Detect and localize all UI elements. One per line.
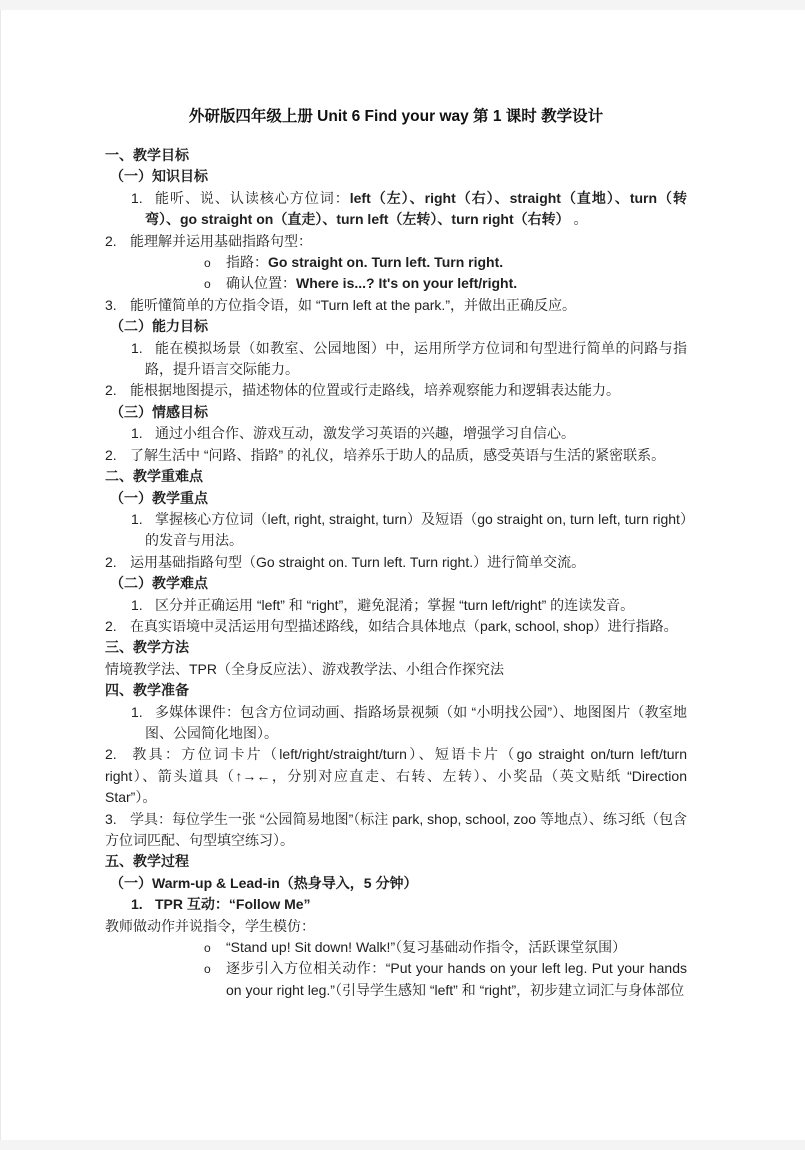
numbered-item: 1.能听、说、认读核心方位词：left（左）、right（右）、straight… bbox=[105, 188, 687, 231]
list-number: 1. bbox=[131, 595, 143, 616]
document-body: 一、教学目标（一）知识目标1.能听、说、认读核心方位词：left（左）、righ… bbox=[105, 145, 687, 1001]
text-run: 掌握核心方位词（left, right, straight, turn）及短语（… bbox=[145, 511, 687, 548]
text-run: （一）知识目标 bbox=[110, 168, 208, 184]
sub-heading: （一）知识目标 bbox=[105, 166, 687, 187]
text-run: 情境教学法、TPR（全身反应法）、游戏教学法、小组合作探究法 bbox=[105, 661, 504, 677]
text-run: 能理解并运用基础指路句型： bbox=[130, 233, 312, 249]
bullet-item: o“Stand up! Sit down! Walk!”（复习基础动作指令，活跃… bbox=[105, 937, 687, 958]
text-run: （一）Warm-up & Lead-in（热身导入，5 分钟） bbox=[110, 875, 418, 891]
text-run: 四、教学准备 bbox=[105, 682, 189, 698]
text-run: 学具：每位学生一张 “公园简易地图”（标注 park, shop, school… bbox=[105, 811, 687, 848]
numbered-paragraph: 2.运用基础指路句型（Go straight on. Turn left. Tu… bbox=[105, 552, 687, 573]
text-run: 在真实语境中灵活运用句型描述路线，如结合具体地点（park, school, s… bbox=[130, 618, 678, 634]
paragraph: 情境教学法、TPR（全身反应法）、游戏教学法、小组合作探究法 bbox=[105, 659, 687, 680]
document-title: 外研版四年级上册 Unit 6 Find your way 第 1 课时 教学设… bbox=[105, 105, 687, 129]
section-heading: 一、教学目标 bbox=[105, 145, 687, 166]
text-run: 教师做动作并说指令，学生模仿： bbox=[105, 918, 315, 934]
numbered-paragraph: 2.在真实语境中灵活运用句型描述路线，如结合具体地点（park, school,… bbox=[105, 616, 687, 637]
text-run: （二）教学难点 bbox=[110, 575, 208, 591]
sub-heading: （一）教学重点 bbox=[105, 488, 687, 509]
text-run: （二）能力目标 bbox=[110, 318, 208, 334]
text-run: 能听、说、认读核心方位词： bbox=[155, 190, 350, 206]
sub-heading: （三）情感目标 bbox=[105, 402, 687, 423]
list-number: 2. bbox=[105, 744, 130, 765]
text-run: Where is...? It's on your left/right. bbox=[296, 275, 517, 291]
text-run: 能根据地图提示，描述物体的位置或行走路线，培养观察能力和逻辑表达能力。 bbox=[130, 382, 620, 398]
bullet-item: o指路：Go straight on. Turn left. Turn righ… bbox=[105, 252, 687, 273]
text-run: 运用基础指路句型（Go straight on. Turn left. Turn… bbox=[130, 554, 585, 570]
numbered-paragraph: 3.能听懂简单的方位指令语，如 “Turn left at the park.”… bbox=[105, 295, 687, 316]
section-heading: 四、教学准备 bbox=[105, 680, 687, 701]
list-number: 1. bbox=[131, 509, 143, 530]
text-run: 区分并正确运用 “left” 和 “right”，避免混淆；掌握 “turn l… bbox=[155, 597, 634, 613]
numbered-item: 1.通过小组合作、游戏互动，激发学习英语的兴趣，增强学习自信心。 bbox=[105, 423, 687, 444]
numbered-paragraph: 2.了解生活中 “问路、指路” 的礼仪，培养乐于助人的品质，感受英语与生活的紧密… bbox=[105, 445, 687, 466]
numbered-item: 1.能在模拟场景（如教室、公园地图）中，运用所学方位词和句型进行简单的问路与指路… bbox=[105, 338, 687, 381]
text-run: 三、教学方法 bbox=[105, 639, 189, 655]
bullet-icon: o bbox=[204, 274, 211, 295]
list-number: 1. bbox=[131, 423, 143, 444]
numbered-item: 1.区分并正确运用 “left” 和 “right”，避免混淆；掌握 “turn… bbox=[105, 595, 687, 616]
list-number: 3. bbox=[105, 809, 130, 830]
bullet-icon: o bbox=[204, 253, 211, 274]
text-run: 逐步引入方位相关动作：“Put your hands on your left … bbox=[226, 960, 687, 997]
text-run: “Stand up! Sit down! Walk!”（复习基础动作指令，活跃课… bbox=[226, 939, 626, 955]
text-run: 能在模拟场景（如教室、公园地图）中，运用所学方位词和句型进行简单的问路与指路，提… bbox=[145, 340, 687, 377]
list-number: 1. bbox=[131, 894, 143, 915]
bullet-item: o逐步引入方位相关动作：“Put your hands on your left… bbox=[105, 958, 687, 1001]
text-run: 一、教学目标 bbox=[105, 147, 189, 163]
bullet-icon: o bbox=[204, 938, 211, 959]
text-run: 多媒体课件：包含方位词动画、指路场景视频（如 “小明找公园”）、地图图片（教室地… bbox=[145, 704, 687, 741]
numbered-item: 1.TPR 互动：“Follow Me” bbox=[105, 894, 687, 915]
list-number: 2. bbox=[105, 231, 130, 252]
list-number: 2. bbox=[105, 616, 130, 637]
numbered-paragraph: 3.学具：每位学生一张 “公园简易地图”（标注 park, shop, scho… bbox=[105, 809, 687, 852]
text-run: 。 bbox=[570, 211, 588, 227]
text-run: 教具：方位词卡片（left/right/straight/turn）、短语卡片（… bbox=[105, 746, 687, 805]
list-number: 2. bbox=[105, 380, 130, 401]
sub-heading: （二）教学难点 bbox=[105, 573, 687, 594]
text-run: 能听懂简单的方位指令语，如 “Turn left at the park.”，并… bbox=[130, 297, 576, 313]
numbered-paragraph: 2.教具：方位词卡片（left/right/straight/turn）、短语卡… bbox=[105, 744, 687, 808]
sub-heading: （二）能力目标 bbox=[105, 316, 687, 337]
numbered-paragraph: 2.能理解并运用基础指路句型： bbox=[105, 231, 687, 252]
section-heading: 三、教学方法 bbox=[105, 637, 687, 658]
section-heading: 二、教学重难点 bbox=[105, 466, 687, 487]
text-run: Go straight on. Turn left. Turn right. bbox=[268, 254, 503, 270]
list-number: 1. bbox=[131, 188, 143, 209]
text-run: 通过小组合作、游戏互动，激发学习英语的兴趣，增强学习自信心。 bbox=[155, 425, 575, 441]
text-run: 确认位置： bbox=[226, 275, 296, 291]
numbered-item: 1.多媒体课件：包含方位词动画、指路场景视频（如 “小明找公园”）、地图图片（教… bbox=[105, 702, 687, 745]
text-run: 了解生活中 “问路、指路” 的礼仪，培养乐于助人的品质，感受英语与生活的紧密联系… bbox=[130, 447, 665, 463]
list-number: 3. bbox=[105, 295, 130, 316]
section-heading: 五、教学过程 bbox=[105, 851, 687, 872]
text-run: 指路： bbox=[226, 254, 268, 270]
text-run: TPR 互动：“Follow Me” bbox=[155, 896, 311, 912]
text-run: 二、教学重难点 bbox=[105, 468, 203, 484]
numbered-paragraph: 2.能根据地图提示，描述物体的位置或行走路线，培养观察能力和逻辑表达能力。 bbox=[105, 380, 687, 401]
list-number: 2. bbox=[105, 552, 130, 573]
bullet-item: o确认位置：Where is...? It's on your left/rig… bbox=[105, 273, 687, 294]
paragraph: 教师做动作并说指令，学生模仿： bbox=[105, 916, 687, 937]
sub-heading: （一）Warm-up & Lead-in（热身导入，5 分钟） bbox=[105, 873, 687, 894]
bullet-icon: o bbox=[204, 959, 211, 980]
document-page: 外研版四年级上册 Unit 6 Find your way 第 1 课时 教学设… bbox=[0, 10, 805, 1140]
text-run: 五、教学过程 bbox=[105, 853, 189, 869]
list-number: 2. bbox=[105, 445, 130, 466]
list-number: 1. bbox=[131, 338, 143, 359]
numbered-item: 1.掌握核心方位词（left, right, straight, turn）及短… bbox=[105, 509, 687, 552]
text-run: （一）教学重点 bbox=[110, 490, 208, 506]
text-run: （三）情感目标 bbox=[110, 404, 208, 420]
list-number: 1. bbox=[131, 702, 143, 723]
